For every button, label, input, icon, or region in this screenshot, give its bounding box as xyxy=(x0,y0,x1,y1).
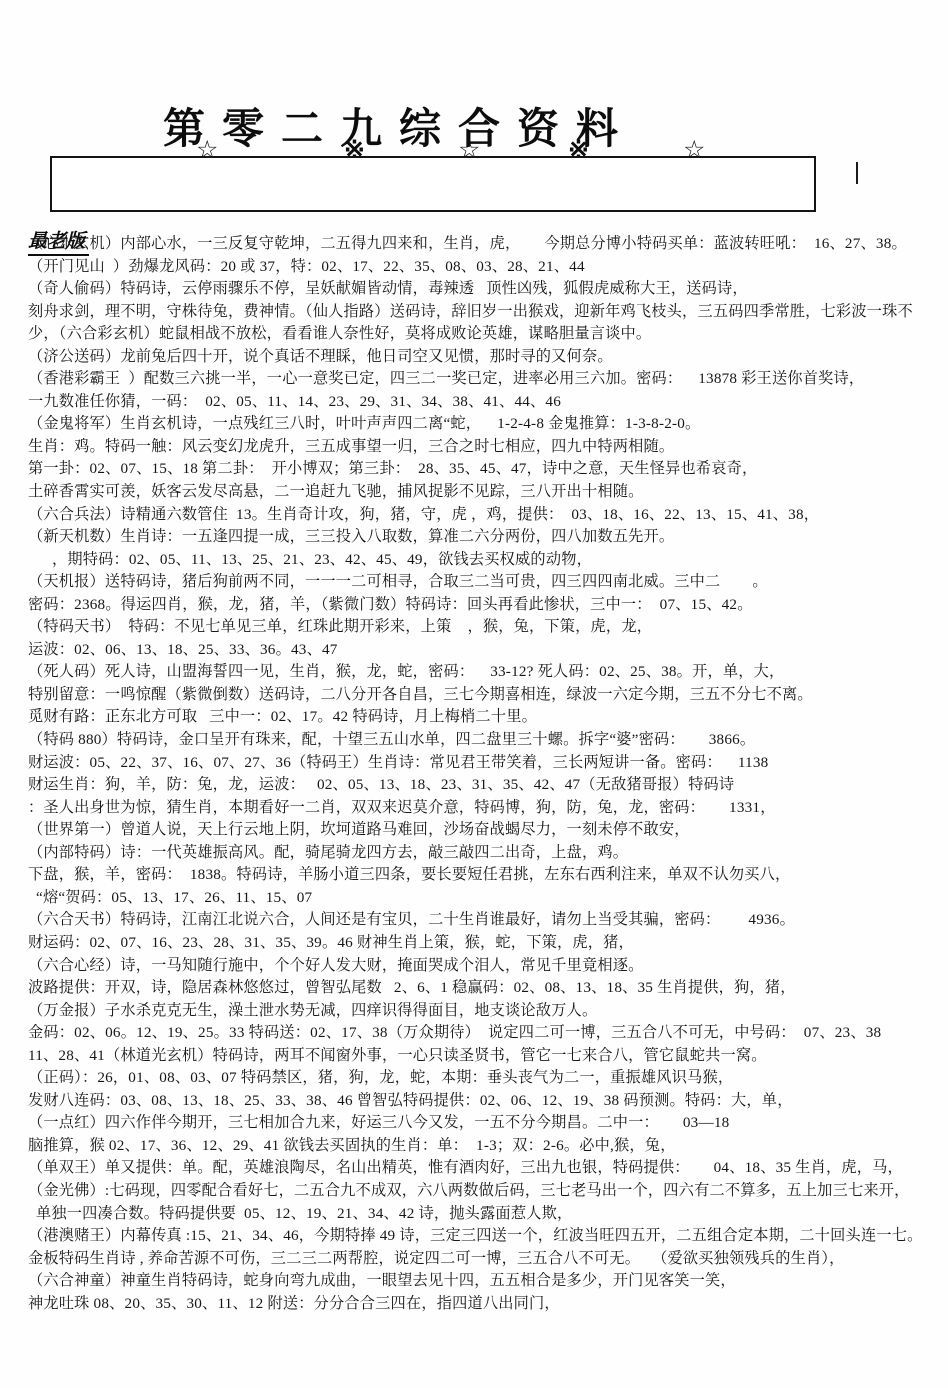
text-line: 特别留意：一鸣惊醒（紫微倒数）送码诗，二八分开各自昌，三七今期喜相连，绿波一六定… xyxy=(28,684,938,707)
text-line: （港澳赌王）内幕传真 :15、21、34、46，今期特捧 49 诗，三定三四送一… xyxy=(28,1225,938,1248)
text-line: 土碎香霄实可羡，妖客云发尽高悬，二一追赶九飞驰，捕风捉影不见踪，三八开出十相随。 xyxy=(28,481,938,504)
text-line: 金码：02、06。12、19、25。33 特码送：02、17、38（万众期待） … xyxy=(28,1022,938,1045)
text-line: 密码：2368。得运四肖，猴，龙，猪，羊，（紫微门数）特码诗：回头再看此惨状，三… xyxy=(28,594,938,617)
text-line: 运波：02、06、13、18、25、33、36。43、47 xyxy=(28,639,938,662)
text-line: ，期特码：02、05、11、13、25、21、23、42、45、49，欲钱去买权… xyxy=(28,549,938,572)
text-line: 金板特码生肖诗 , 养命苦源不可伤，三二三二两帮腔，说定四二可一博，三五合八不可… xyxy=(28,1248,938,1271)
text-line: （一点红）四六作伴今期开，三七相加合九来，好运三八今又发，一五不分今期昌。二中一… xyxy=(28,1112,938,1135)
text-line: （金鬼将军）生肖玄机诗，一点残红三八时，叶叶声声四二离“蛇， 1-2-4-8 金… xyxy=(28,413,938,436)
text-line: 波路提供：开双，诗，隐居森林悠悠过，曾智弘尾数 2、6、1 稳赢码：02、08、… xyxy=(28,977,938,1000)
text-line: （济公送码）龙前兔后四十开，说个真话不理睬，他日司空又见惯，那时寻的又何奈。 xyxy=(28,346,938,369)
text-line: （六合心经）诗，一马知随行施中，个个好人发大财，掩面哭成个泪人，常见千里竟相逐。 xyxy=(28,955,938,978)
text-line: （六合天书）特码诗，江南江北说六合，人间还是有宝贝，二十生肖谁最好，请勿上当受其… xyxy=(28,909,938,932)
text-line: 11、28、41（林道光玄机）特码诗，两耳不闻窗外事，一心只读圣贤书，管它一七来… xyxy=(28,1045,938,1068)
text-line: 神龙吐珠 08、20、35、30、11、12 附送：分分合合三四在，指四道八出同… xyxy=(28,1293,938,1316)
text-line: 生肖：鸡。特码一触：风云变幻龙虎升，三五成事望一归，三合之时七相应，四九中特两相… xyxy=(28,436,938,459)
text-line: 少，（六合彩玄机）蛇鼠相战不放松，看看谁人奈性好，莫将成败论英雄，谋略胆量言谈中… xyxy=(28,323,938,346)
empty-header-box xyxy=(50,156,816,212)
text-line: 财运生肖：狗，羊，防：兔，龙，运波： 02、05、13、18、23、31、35、… xyxy=(28,774,938,797)
text-line: ：圣人出身世为惊，猜生肖，本期看好一二肖，双双来迟莫介意，特码博，狗，防，兔，龙… xyxy=(28,797,938,820)
text-line: 发财八连码：03、08、13、18、25、33、38、46 曾智弘特码提供：02… xyxy=(28,1090,938,1113)
text-line: “熔“贺码：05、13、17、26、11、15、07 xyxy=(28,887,938,910)
document-page: 第零二九综合资料 ☆ ※ ☆ ※ ☆ 最老版 （心水玄机）内部心水，一三反复守乾… xyxy=(0,0,948,1388)
text-line: （世界第一）曾道人说，天上行云地上阴，坎坷道路马难回，沙场奋战蝎尽力，一刻未停不… xyxy=(28,819,938,842)
text-line: （金光佛）:七码现，四零配合看好七，二五合九不成双，六八两数做后码，三七老马出一… xyxy=(28,1180,938,1203)
text-line: 财运波：05、22、37、16、07、27、36（特码王）生肖诗：常见君王带笑着… xyxy=(28,752,938,775)
text-line: 下盘，猴，羊，密码： 1838。特码诗，羊肠小道三四条，要长要短任君挑，左东右西… xyxy=(28,864,938,887)
text-line: 单独一四凑合数。特码提供要 05、12、19、21、34、42 诗，抛头露面惹人… xyxy=(28,1203,938,1226)
text-line: （新天机数）生肖诗：一五逢四提一成，三三投入八取数，算准二六分两份，四八加数五先… xyxy=(28,526,938,549)
text-line: 觅财有路：正东北方可取 三中一：02、17。42 特码诗，月上梅梢二十里。 xyxy=(28,706,938,729)
body-text: （心水玄机）内部心水，一三反复守乾坤，二五得九四来和，生肖，虎， 今期总分博小特… xyxy=(28,233,938,1315)
text-line: （香港彩霸王 ）配数三六挑一半，一心一意奖已定，四三二一奖已定，进率必用三六加。… xyxy=(28,368,938,391)
text-line: 第一卦：02、07、15、18 第二卦： 开小博双；第三卦： 28、35、45、… xyxy=(28,458,938,481)
text-line: 财运码：02、07、16、23、28、31、35、39。46 财神生肖上策，猴，… xyxy=(28,932,938,955)
text-line: （内部特码）诗：一代英雄振高风。配，骑尾骑龙四方去，敲三敲四二出奇，上盘，鸡。 xyxy=(28,842,938,865)
text-line: （特码 880）特码诗，金口呈开有珠来，配，十望三五山水单，四二盘里三十螺。拆字… xyxy=(28,729,938,752)
text-line: （六合神童）神童生肖特码诗，蛇身向弯九成曲，一眼望去见十四，五五相合是多少，开门… xyxy=(28,1270,938,1293)
text-line: （天机报）送特码诗，猪后狗前两不同，一一一二可相寻，合取三二当可贵，四三四四南北… xyxy=(28,571,938,594)
text-line: （死人码）死人诗，山盟海誓四一见，生肖，猴，龙，蛇，密码： 33-12? 死人码… xyxy=(28,661,938,684)
text-line: 脑推算，猴 02、17、36、12、29、41 欲钱去买固执的生肖：单： 1-3… xyxy=(28,1135,938,1158)
text-line: （开门见山 ）劲爆龙风码：20 或 37，特：02、17、22、35、08、03… xyxy=(28,256,938,279)
text-line: （六合兵法）诗精通六数管住 13。生肖奇计攻，狗，猪，守，虎 ，鸡，提供： 03… xyxy=(28,504,938,527)
text-line: （万金报）子水杀克克无生，澡土泄水势无减，四痒识得得面目，地支谈论敌万人。 xyxy=(28,1000,938,1023)
text-line: （心水玄机）内部心水，一三反复守乾坤，二五得九四来和，生肖，虎， 今期总分博小特… xyxy=(28,233,938,256)
text-line: （特码天书） 特码：不见七单见三单，红珠此期开彩来，上策 ，猴，兔，下策，虎，龙… xyxy=(28,616,938,639)
text-line: 一九数准任你猜，一码： 02、05、11、14、23、29、31、34、38、4… xyxy=(28,391,938,414)
text-line: （单双王）单又提供：单。配，英雄浪陶尽，名山出精英，惟有酒肉好，三出九也银，特码… xyxy=(28,1157,938,1180)
scan-artifact-mark xyxy=(856,162,858,184)
text-line: （正码）：26，01、08、03、07 特码禁区，猪，狗，龙，蛇，本期：垂头丧气… xyxy=(28,1067,938,1090)
text-line: 刻舟求剑，理不明，守株待兔，费神情。（仙人指路）送码诗，辞旧岁一出猴戏，迎新年鸡… xyxy=(28,301,938,324)
text-line: （奇人偷码）特码诗，云停雨骤乐不停，呈妖献媚皆动情，毒辣透 顶性凶残，狐假虎威称… xyxy=(28,278,938,301)
